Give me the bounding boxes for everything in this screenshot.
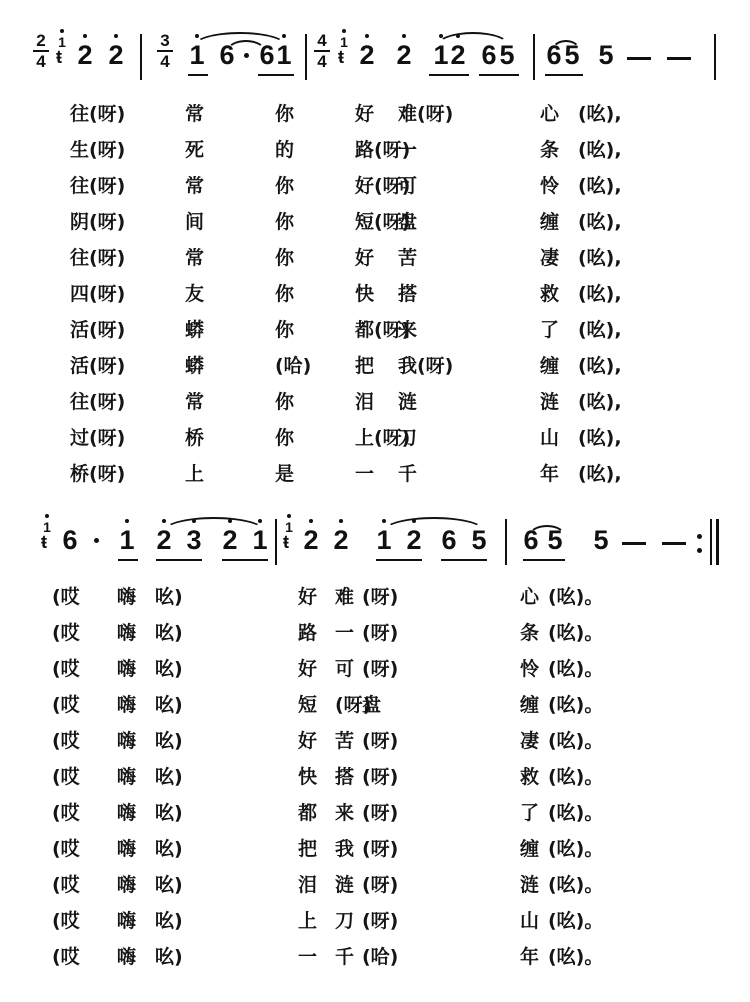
note: 6 (545, 40, 563, 70)
lyric-syllable: 吆) (155, 657, 183, 681)
lyric-line: 活(呀)蟒(哈)把我(呀)缠(吆), (0, 354, 750, 384)
lyric-syllable: 嗨 (117, 693, 136, 717)
lyric-syllable: 阴(呀) (70, 210, 125, 234)
lyric-syllable: (哈) (362, 945, 398, 969)
underline-eighth (545, 74, 583, 76)
augmentation-dot (94, 538, 99, 543)
lyric-syllable: (吆), (578, 462, 622, 486)
lyric-line: 往(呀)常你好难(呀)心(吆), (0, 102, 750, 132)
lyric-syllable: (哎 (52, 729, 80, 753)
lyric-syllable: (吆)。 (548, 657, 603, 681)
lyric-syllable: (吆)。 (548, 693, 603, 717)
lyric-syllable: 了 (540, 318, 559, 342)
lyric-syllable: 快 (355, 282, 374, 306)
lyric-syllable: 往(呀) (70, 246, 125, 270)
underline-eighth (376, 559, 422, 561)
lyric-syllable: (吆), (578, 174, 622, 198)
note: 1 (118, 525, 136, 555)
lyric-syllable: (呀) (362, 873, 398, 897)
lyric-syllable: 好 (298, 657, 317, 681)
lyric-syllable: 刀 (398, 426, 417, 450)
lyric-syllable: 缠 (520, 837, 539, 861)
note: 5 (546, 525, 564, 555)
lyric-syllable: 常 (185, 174, 204, 198)
barline (533, 34, 535, 80)
lyric-syllable: 吆) (155, 765, 183, 789)
note: 2 (302, 525, 320, 555)
note: 6 (440, 525, 458, 555)
lyric-syllable: 可 (335, 657, 354, 681)
lyric-syllable: (吆), (578, 282, 622, 306)
lyric-line: (哎嗨吆)路一(呀)条(吆)。 (0, 621, 750, 651)
note: 5 (597, 40, 615, 70)
lyric-syllable: (哎 (52, 621, 80, 645)
lyric-syllable: 怜 (520, 657, 539, 681)
slur (163, 517, 265, 531)
lyric-syllable: 好 (298, 585, 317, 609)
lyric-syllable: 你 (275, 246, 294, 270)
lyric-syllable: (呀) (362, 801, 398, 825)
lyric-syllable: (吆)。 (548, 621, 603, 645)
lyric-syllable: (哎 (52, 693, 80, 717)
note: 2 (358, 40, 376, 70)
lyric-syllable: 来 (335, 801, 354, 825)
lyric-syllable: 山 (520, 909, 539, 933)
barline (140, 34, 142, 80)
lyric-syllable: 嗨 (117, 621, 136, 645)
lyric-syllable: 把 (298, 837, 317, 861)
lyric-syllable: 你 (275, 102, 294, 126)
time-signature-2-4: 2 4 (33, 32, 49, 70)
lyric-syllable: 怜 (540, 174, 559, 198)
lyric-syllable: 死 (185, 138, 204, 162)
lyric-syllable: 常 (185, 390, 204, 414)
lyric-syllable: 好 (355, 102, 374, 126)
lyric-syllable: (吆), (578, 354, 622, 378)
grace-mark-icon: ŧ (56, 48, 62, 66)
jianpu-score: 2 4 1 ŧ 2 2 3 4 1 6 6 1 4 4 1 ŧ (0, 0, 750, 1002)
lyric-syllable: 你 (275, 318, 294, 342)
lyric-syllable: (呀) (362, 729, 398, 753)
lyric-syllable: 嗨 (117, 837, 136, 861)
lyric-syllable: 嗨 (117, 657, 136, 681)
staff-system-1: 2 4 1 ŧ 2 2 3 4 1 6 6 1 4 4 1 ŧ (0, 30, 750, 90)
lyric-syllable: 凄 (520, 729, 539, 753)
lyric-syllable: 千 (398, 462, 417, 486)
lyric-line: (哎嗨吆)上刀(呀)山(吆)。 (0, 909, 750, 939)
lyric-line: 桥(呀)上是一千年(吆), (0, 462, 750, 492)
note: 6 (218, 40, 236, 70)
lyric-syllable: (哎 (52, 585, 80, 609)
lyric-syllable: 搭 (335, 765, 354, 789)
lyric-syllable: 苦 (335, 729, 354, 753)
grace-mark-icon: ŧ (41, 533, 47, 551)
lyric-syllable: 吆) (155, 801, 183, 825)
lyric-syllable: 泪 (355, 390, 374, 414)
lyric-line: 往(呀)常你泪涟涟(吆), (0, 390, 750, 420)
repeat-barline-thin (710, 519, 712, 565)
lyric-line: 四(呀)友你快搭救(吆), (0, 282, 750, 312)
lyric-syllable: 了 (520, 801, 539, 825)
underline-eighth (479, 74, 519, 76)
lyric-line: (哎嗨吆)都来(呀)了(吆)。 (0, 801, 750, 831)
lyric-syllable: 上 (185, 462, 204, 486)
note: 1 (375, 525, 393, 555)
lyric-syllable: 难(呀) (398, 102, 453, 126)
grace-mark-icon: ŧ (338, 48, 344, 66)
lyric-syllable: (哈) (275, 354, 311, 378)
note: 2 (155, 525, 173, 555)
lyric-syllable: 我 (335, 837, 354, 861)
lyric-syllable: 缠 (520, 693, 539, 717)
lyric-syllable: 吆) (155, 621, 183, 645)
lyric-syllable: 常 (185, 246, 204, 270)
lyric-syllable: (哎 (52, 909, 80, 933)
lyric-line: (哎嗨吆)一千(哈)年(吆)。 (0, 945, 750, 975)
lyric-syllable: 吆) (155, 693, 183, 717)
lyric-syllable: 嗨 (117, 765, 136, 789)
lyric-syllable: 你 (275, 426, 294, 450)
staff-system-2: 1 ŧ 6 1 2 3 2 1 1 ŧ 2 2 1 2 6 5 6 5 5 (0, 515, 750, 575)
lyric-line: (哎嗨吆)把我(呀)缠(吆)。 (0, 837, 750, 867)
lyric-syllable: (吆), (578, 210, 622, 234)
lyric-syllable: 泪 (298, 873, 317, 897)
lyric-syllable: 友 (185, 282, 204, 306)
lyric-syllable: 好 (355, 246, 374, 270)
dash-extension (662, 542, 686, 545)
lyric-syllable: 搭 (398, 282, 417, 306)
lyric-syllable: (吆)。 (548, 585, 603, 609)
lyric-syllable: 你 (275, 210, 294, 234)
underline-eighth (188, 74, 208, 76)
lyric-syllable: 你 (275, 282, 294, 306)
lyric-syllable: 涟 (335, 873, 354, 897)
lyric-syllable: 常 (185, 102, 204, 126)
dash-extension (627, 57, 651, 60)
note: 5 (592, 525, 610, 555)
lyric-line: 活(呀)蟒你都(呀)来了(吆), (0, 318, 750, 348)
lyric-syllable: 可 (398, 174, 417, 198)
lyric-syllable: 间 (185, 210, 204, 234)
lyric-syllable: 吆) (155, 909, 183, 933)
lyric-syllable: 吆) (155, 729, 183, 753)
lyric-syllable: 往(呀) (70, 390, 125, 414)
lyric-syllable: (哎 (52, 765, 80, 789)
lyric-syllable: 缠 (540, 354, 559, 378)
barline-end (714, 34, 716, 80)
lyric-syllable: (呀) (362, 909, 398, 933)
lyric-syllable: 年 (520, 945, 539, 969)
note: 2 (332, 525, 350, 555)
lyric-syllable: (哎 (52, 873, 80, 897)
note: 6 (258, 40, 276, 70)
lyric-syllable: 嗨 (117, 801, 136, 825)
lyric-syllable: 千 (335, 945, 354, 969)
lyric-syllable: 涟 (398, 390, 417, 414)
lyric-syllable: 过(呀) (70, 426, 125, 450)
time-signature-4-4: 4 4 (314, 32, 330, 70)
grace-mark-icon: ŧ (283, 533, 289, 551)
lyric-syllable: 路 (298, 621, 317, 645)
lyric-syllable: (呀) (362, 765, 398, 789)
lyric-syllable: 桥 (185, 426, 204, 450)
lyric-line: 往(呀)常你好(呀)可怜(吆), (0, 174, 750, 204)
lyric-syllable: 吆) (155, 585, 183, 609)
lyric-syllable: 一 (398, 138, 417, 162)
lyric-syllable: 好 (298, 729, 317, 753)
repeat-dot (697, 548, 702, 553)
lyric-syllable: 蟒 (185, 318, 204, 342)
lyric-syllable: 吆) (155, 837, 183, 861)
lyric-syllable: (哎 (52, 945, 80, 969)
lyric-syllable: 活(呀) (70, 318, 125, 342)
lyric-syllable: (吆), (578, 102, 622, 126)
lyric-syllable: 盘 (362, 693, 381, 717)
note: 2 (76, 40, 94, 70)
lyric-syllable: (哎 (52, 657, 80, 681)
lyric-syllable: (呀) (362, 657, 398, 681)
note: 6 (61, 525, 79, 555)
lyric-syllable: 刀 (335, 909, 354, 933)
lyric-syllable: 苦 (398, 246, 417, 270)
note: 6 (522, 525, 540, 555)
underline-eighth (156, 559, 202, 561)
lyric-syllable: 条 (540, 138, 559, 162)
lyric-syllable: 心 (540, 102, 559, 126)
lyric-syllable: 嗨 (117, 729, 136, 753)
note: 5 (470, 525, 488, 555)
lyric-syllable: 救 (540, 282, 559, 306)
lyric-syllable: (吆)。 (548, 909, 603, 933)
lyric-line: 过(呀)桥你上(呀)刀山(吆), (0, 426, 750, 456)
lyric-line: (哎嗨吆)短(呀)盘缠(吆)。 (0, 693, 750, 723)
lyric-syllable: 涟 (520, 873, 539, 897)
lyric-syllable: 盘 (398, 210, 417, 234)
underline-eighth (222, 559, 268, 561)
lyric-syllable: (吆), (578, 390, 622, 414)
lyric-syllable: (哎 (52, 837, 80, 861)
note: 1 (188, 40, 206, 70)
lyric-syllable: (吆)。 (548, 873, 603, 897)
underline-eighth (429, 74, 469, 76)
lyric-syllable: (呀) (362, 621, 398, 645)
lyric-syllable: 你 (275, 390, 294, 414)
lyric-syllable: 嗨 (117, 909, 136, 933)
underline-eighth (118, 559, 138, 561)
lyric-syllable: 山 (540, 426, 559, 450)
lyric-syllable: 把 (355, 354, 374, 378)
lyric-line: (哎嗨吆)好苦(呀)凄(吆)。 (0, 729, 750, 759)
lyric-syllable: 你 (275, 174, 294, 198)
lyric-line: (哎嗨吆)快搭(呀)救(吆)。 (0, 765, 750, 795)
lyric-syllable: 的 (275, 138, 294, 162)
lyric-syllable: 一 (298, 945, 317, 969)
lyric-syllable: 活(呀) (70, 354, 125, 378)
lyric-syllable: 是 (275, 462, 294, 486)
time-signature-3-4: 3 4 (157, 32, 173, 70)
note: 1 (251, 525, 269, 555)
lyric-line: 生(呀)死的路(呀)一条(吆), (0, 138, 750, 168)
lyric-syllable: 难 (335, 585, 354, 609)
lyric-syllable: 年 (540, 462, 559, 486)
repeat-dot (697, 534, 702, 539)
lyric-syllable: (吆)。 (548, 729, 603, 753)
note: 1 (275, 40, 293, 70)
lyric-syllable: 心 (520, 585, 539, 609)
lyric-syllable: (吆), (578, 426, 622, 450)
lyric-line: 阴(呀)间你短(呀)盘缠(吆), (0, 210, 750, 240)
lyric-line: 往(呀)常你好苦凄(吆), (0, 246, 750, 276)
lyric-line: (哎嗨吆)好可(呀)怜(吆)。 (0, 657, 750, 687)
note: 2 (107, 40, 125, 70)
lyric-syllable: 嗨 (117, 945, 136, 969)
lyric-syllable: (哎 (52, 801, 80, 825)
lyric-syllable: 救 (520, 765, 539, 789)
lyric-syllable: 吆) (155, 945, 183, 969)
lyric-syllable: 往(呀) (70, 174, 125, 198)
underline-eighth (258, 74, 294, 76)
note: 2 (395, 40, 413, 70)
lyric-line: (哎嗨吆)好难(呀)心(吆)。 (0, 585, 750, 615)
dash-extension (667, 57, 691, 60)
note: 3 (185, 525, 203, 555)
lyric-syllable: 条 (520, 621, 539, 645)
lyric-syllable: (吆), (578, 138, 622, 162)
barline (505, 519, 507, 565)
lyric-syllable: 快 (298, 765, 317, 789)
barline (305, 34, 307, 80)
lyric-syllable: 上 (298, 909, 317, 933)
lyric-line: (哎嗨吆)泪涟(呀)涟(吆)。 (0, 873, 750, 903)
lyric-syllable: 凄 (540, 246, 559, 270)
lyric-syllable: 缠 (540, 210, 559, 234)
lyric-syllable: (吆)。 (548, 765, 603, 789)
lyric-syllable: (吆)。 (548, 945, 603, 969)
barline (275, 519, 277, 565)
note: 1 (432, 40, 450, 70)
lyric-syllable: 我(呀) (398, 354, 453, 378)
lyric-syllable: 嗨 (117, 873, 136, 897)
lyric-syllable: 短 (298, 693, 317, 717)
note: 6 (480, 40, 498, 70)
lyric-syllable: 生(呀) (70, 138, 125, 162)
lyric-syllable: 桥(呀) (70, 462, 125, 486)
lyric-syllable: 往(呀) (70, 102, 125, 126)
note: 5 (498, 40, 516, 70)
lyric-syllable: (吆), (578, 246, 622, 270)
lyric-syllable: 四(呀) (70, 282, 125, 306)
lyric-syllable: 一 (335, 621, 354, 645)
lyric-syllable: 蟒 (185, 354, 204, 378)
lyric-syllable: 涟 (540, 390, 559, 414)
note: 2 (449, 40, 467, 70)
note: 5 (563, 40, 581, 70)
note: 2 (221, 525, 239, 555)
note: 2 (405, 525, 423, 555)
lyric-syllable: (吆)。 (548, 801, 603, 825)
underline-eighth (523, 559, 565, 561)
lyric-syllable: 一 (355, 462, 374, 486)
dash-extension (622, 542, 646, 545)
augmentation-dot (244, 53, 249, 58)
lyric-syllable: (呀) (362, 585, 398, 609)
lyric-syllable: 来 (398, 318, 417, 342)
repeat-barline-thick (716, 519, 719, 565)
lyric-syllable: 都 (298, 801, 317, 825)
lyric-syllable: (呀) (362, 837, 398, 861)
lyric-syllable: (吆), (578, 318, 622, 342)
lyric-syllable: (吆)。 (548, 837, 603, 861)
lyric-syllable: 吆) (155, 873, 183, 897)
lyric-syllable: 嗨 (117, 585, 136, 609)
underline-eighth (441, 559, 487, 561)
